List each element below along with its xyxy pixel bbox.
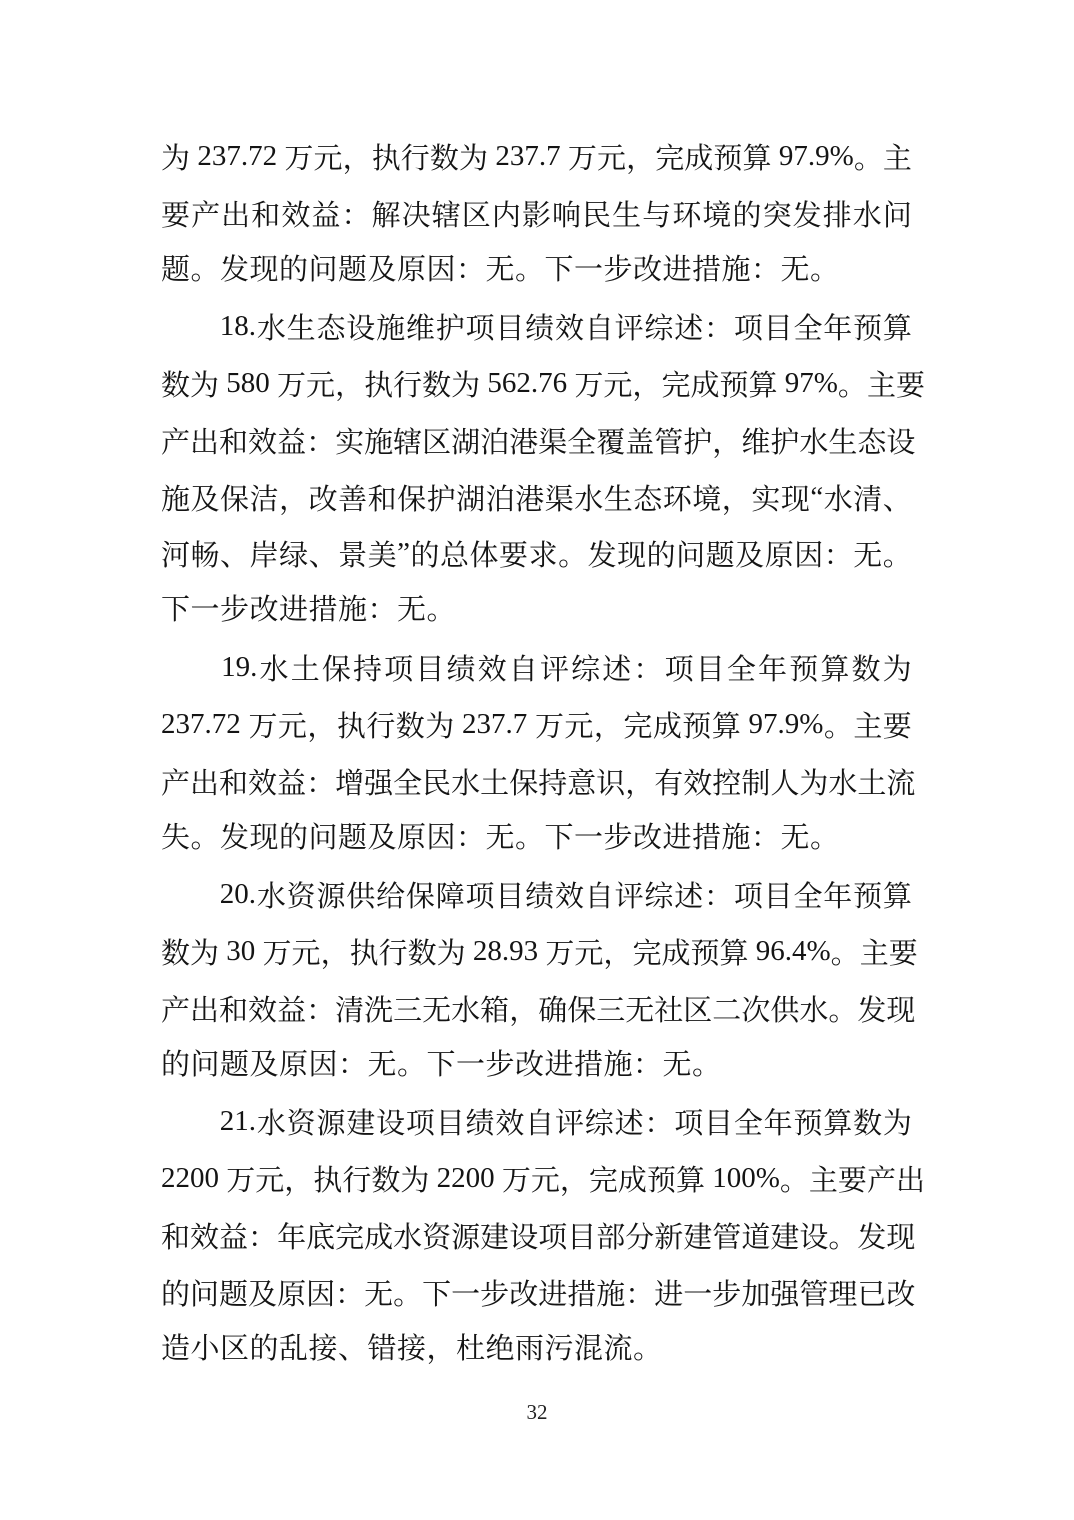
text-line: 为 237.72 万元，执行数为 237.7 万元，完成预算 97.9%。主 bbox=[161, 128, 912, 185]
text-line: 要产出和效益：解决辖区内影响民生与环境的突发排水问 bbox=[161, 185, 912, 242]
text-line: 失。发现的问题及原因：无。下一步改进措施：无。 bbox=[161, 810, 912, 867]
text-line: 数为 580 万元，执行数为 562.76 万元，完成预算 97%。主要 bbox=[161, 355, 912, 412]
text-line: 237.72 万元，执行数为 237.7 万元，完成预算 97.9%。主要 bbox=[161, 696, 912, 753]
text-line: 河畅、岸绿、景美”的总体要求。发现的问题及原因：无。 bbox=[161, 526, 912, 583]
text-line: 产出和效益：清洗三无水箱，确保三无社区二次供水。发现 bbox=[161, 980, 912, 1037]
page-number: 32 bbox=[0, 1400, 1074, 1425]
text-line: 题。发现的问题及原因：无。下一步改进措施：无。 bbox=[161, 242, 912, 299]
text-line: 2200 万元，执行数为 2200 万元，完成预算 100%。主要产出 bbox=[161, 1150, 912, 1207]
text-line: 的问题及原因：无。下一步改进措施：无。 bbox=[161, 1037, 912, 1094]
text-line: 的问题及原因：无。下一步改进措施：进一步加强管理已改 bbox=[161, 1264, 912, 1321]
text-line-paragraph-21-start: 21.水资源建设项目绩效自评综述：项目全年预算数为 bbox=[161, 1094, 912, 1151]
text-line: 和效益：年底完成水资源建设项目部分新建管道建设。发现 bbox=[161, 1207, 912, 1264]
text-line: 数为 30 万元，执行数为 28.93 万元，完成预算 96.4%。主要 bbox=[161, 923, 912, 980]
text-line: 造小区的乱接、错接，杜绝雨污混流。 bbox=[161, 1321, 912, 1378]
text-line-paragraph-20-start: 20.水资源供给保障项目绩效自评综述：项目全年预算 bbox=[161, 866, 912, 923]
text-line: 施及保洁，改善和保护湖泊港渠水生态环境，实现“水清、 bbox=[161, 469, 912, 526]
text-line: 产出和效益：增强全民水土保持意识，有效控制人为水土流 bbox=[161, 753, 912, 810]
document-page: 为 237.72 万元，执行数为 237.7 万元，完成预算 97.9%。主 要… bbox=[0, 0, 1074, 1520]
text-line: 下一步改进措施：无。 bbox=[161, 582, 912, 639]
text-line-paragraph-18-start: 18.水生态设施维护项目绩效自评综述：项目全年预算 bbox=[161, 298, 912, 355]
text-line-paragraph-19-start: 19.水土保持项目绩效自评综述：项目全年预算数为 bbox=[161, 639, 912, 696]
text-line: 产出和效益：实施辖区湖泊港渠全覆盖管护，维护水生态设 bbox=[161, 412, 912, 469]
text-body: 为 237.72 万元，执行数为 237.7 万元，完成预算 97.9%。主 要… bbox=[161, 128, 912, 1378]
